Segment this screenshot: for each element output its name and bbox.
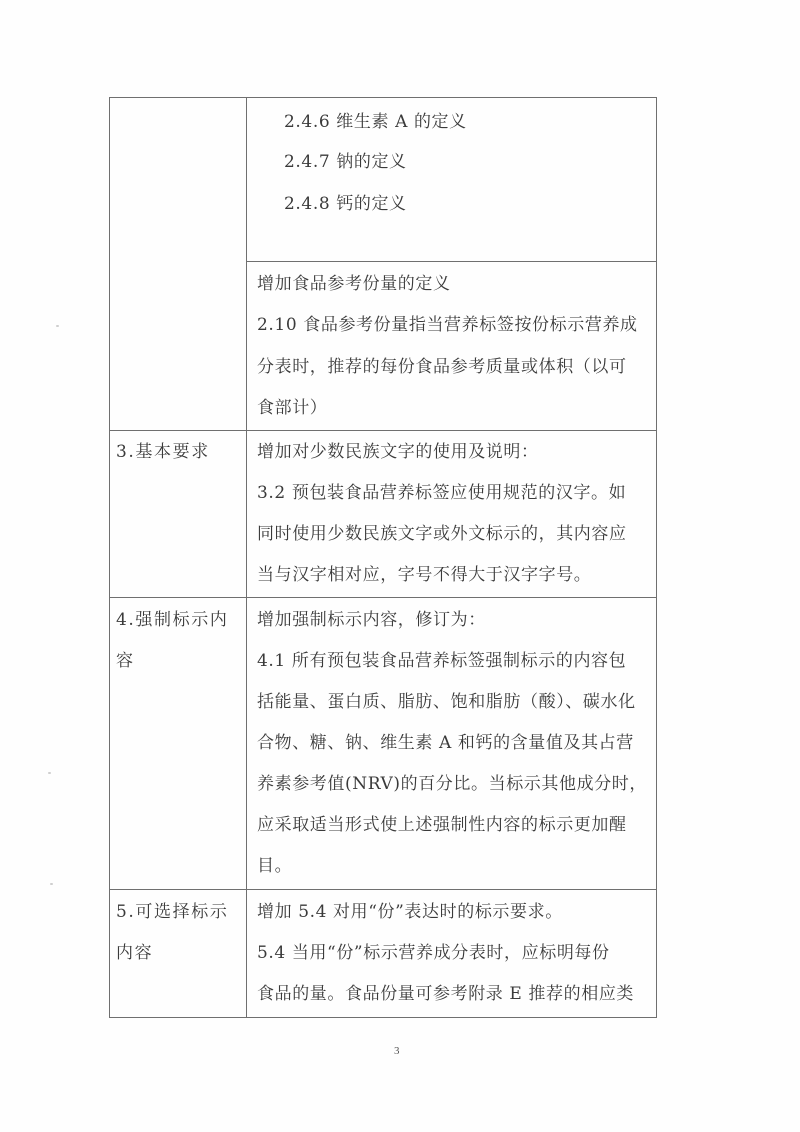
text-line: 2.4.7 钠的定义 [284,142,407,183]
text-line: 5.4 当用“份”标示营养成分表时，应标明每份 [257,933,610,974]
text-line: 目。 [257,846,292,887]
document-page: 2.4.6 维生素 A 的定义 2.4.7 钠的定义 2.4.8 钙的定义 增加… [0,0,800,1132]
row-label: 4.强制标示内 [116,600,228,641]
column-divider [246,97,247,1018]
text-line: 括能量、蛋白质、脂肪、饱和脂肪（酸）、碳水化 [257,682,636,723]
cell-divider [246,261,657,262]
text-line: 同时使用少数民族文字或外文标示的，其内容应 [257,514,627,555]
row-label: 5.可选择标示 [116,892,228,933]
text-line: 增加对少数民族文字的使用及说明： [257,432,539,473]
text-line: 增加 5.4 对用“份”表达时的标示要求。 [257,892,563,933]
row-label: 内容 [116,933,153,974]
row-divider [109,597,657,598]
page-number: 3 [394,1045,400,1057]
row-label: 容 [116,641,135,682]
text-line: 3.2 预包装食品营养标签应使用规范的汉字。如 [257,473,626,514]
text-line: 当与汉字相对应，字号不得大于汉字字号。 [257,555,591,596]
text-line: 4.1 所有预包装食品营养标签强制标示的内容包 [257,641,626,682]
text-line: 2.10 食品参考份量指当营养标签按份标示营养成 [257,305,638,346]
row-divider [109,889,657,890]
row-divider [109,430,657,431]
text-line: 分表时，推荐的每份食品参考质量或体积（以可 [257,347,627,388]
text-line: 应采取适当形式使上述强制性内容的标示更加醒 [257,805,627,846]
text-line: 增加食品参考份量的定义 [257,264,451,305]
row-label: 3.基本要求 [116,432,210,473]
scan-speck [48,772,51,774]
text-line: 合物、糖、钠、维生素 A 和钙的含量值及其占营 [257,723,634,764]
text-line: 食部计） [257,388,327,429]
text-line: 2.4.8 钙的定义 [284,184,407,225]
text-line: 2.4.6 维生素 A 的定义 [284,102,467,143]
text-line: 养素参考值(NRV)的百分比。当标示其他成分时， [257,764,647,805]
text-line: 增加强制标示内容，修订为： [257,600,486,641]
scan-speck [56,325,59,327]
scan-speck [50,883,53,885]
text-line: 食品的量。食品份量可参考附录 E 推荐的相应类 [257,974,634,1015]
